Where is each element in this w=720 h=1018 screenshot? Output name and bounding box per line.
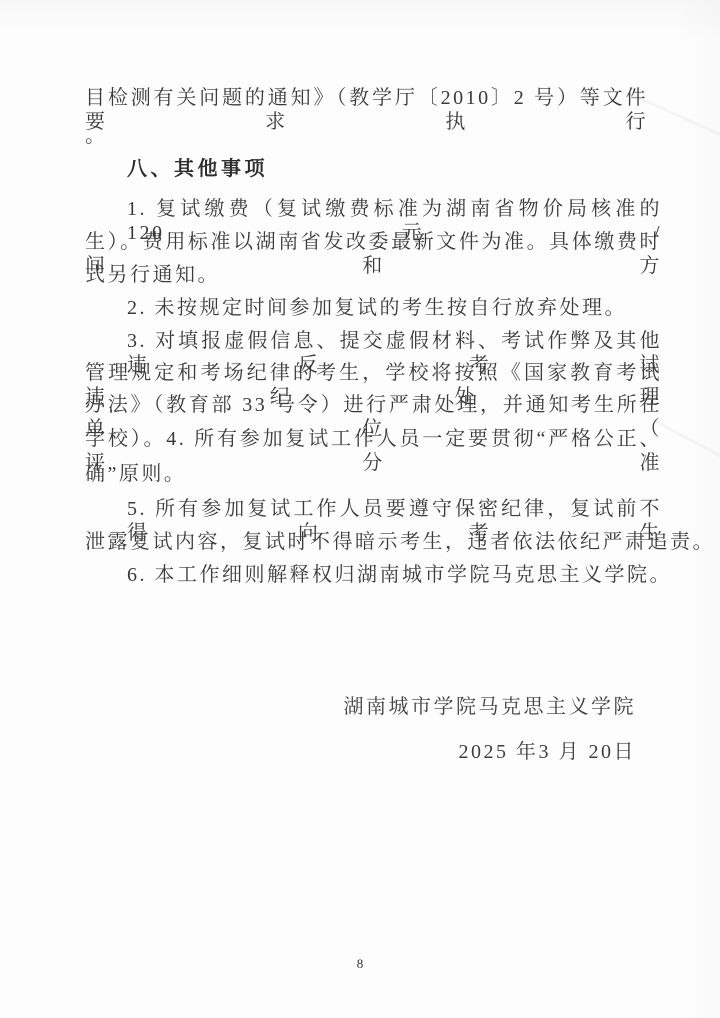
section-heading: 八、其他事项 bbox=[127, 157, 662, 181]
signature-organization: 湖南城市学院马克思主义学院 bbox=[344, 690, 637, 719]
document-page: 目检测有关问题的通知》（教学厅〔2010〕2 号）等文件要求执行 。 八、其他事… bbox=[0, 0, 720, 1018]
body-line: 6. 本工作细则解释权归湖南城市学院马克思主义学院。 bbox=[127, 563, 662, 587]
body-line: 泄露复试内容，复试时不得暗示考生，违者依法依纪严肃追责。 bbox=[85, 530, 662, 554]
page-number: 8 bbox=[0, 956, 720, 972]
body-line: 2. 未按规定时间参加复试的考生按自行放弃处理。 bbox=[127, 296, 662, 320]
body-line: 确”原则。 bbox=[85, 462, 662, 486]
signature-date: 2025 年3 月 20日 bbox=[459, 735, 637, 764]
body-line: 。 bbox=[85, 124, 662, 148]
scan-artifact-streak bbox=[654, 419, 720, 473]
body-line: 式另行通知。 bbox=[85, 263, 662, 287]
